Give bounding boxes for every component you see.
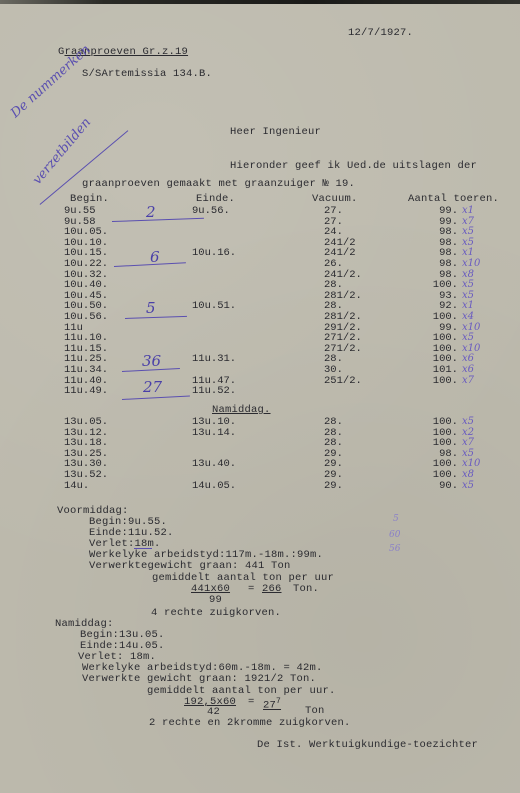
header-vacuum: Vacuum. bbox=[312, 193, 358, 205]
table-row: 14u.14u.05.29.90.x5 bbox=[0, 480, 520, 492]
intro-line-2: graanproeven gemaakt met graanzuiger № 1… bbox=[82, 178, 355, 190]
page-top-edge bbox=[0, 0, 520, 4]
vacuum-value: 29. bbox=[324, 480, 343, 492]
morning-korven: 4 rechte zuigkorven. bbox=[151, 607, 281, 619]
morning-formula-result: 266 bbox=[262, 583, 282, 595]
morning-formula-equals: = bbox=[248, 583, 255, 595]
begin-time: 14u. bbox=[64, 480, 89, 492]
afternoon-formula-equals: = bbox=[248, 696, 255, 708]
afternoon-formula-result-value: 27 bbox=[263, 700, 276, 712]
margin-sum-2: 60 bbox=[389, 530, 400, 540]
afternoon-formula-result-sup: 7 bbox=[276, 697, 281, 706]
handwritten-count: 2 bbox=[146, 203, 156, 221]
header-aantal-toeren: Aantal toeren. bbox=[408, 193, 499, 205]
table-row: 11u.49.11u.52. bbox=[0, 385, 520, 397]
morning-gewicht: Verwerktegewicht graan: 441 Ton bbox=[89, 560, 291, 572]
margin-sum-3: 56 bbox=[389, 544, 400, 554]
salutation: Heer Ingenieur bbox=[230, 126, 321, 138]
afternoon-gemiddelt: gemiddelt aantal ton per uur. bbox=[147, 685, 336, 697]
handwritten-count: 36 bbox=[142, 352, 161, 370]
handwritten-tally: x5 bbox=[462, 480, 474, 492]
morning-formula-denominator: 99 bbox=[209, 594, 222, 606]
document-date: 12/7/1927. bbox=[348, 27, 413, 39]
afternoon-gewicht: Verwerkte gewicht graan: 1921/2 Ton. bbox=[82, 673, 316, 685]
afternoon-formula-unit: Ton bbox=[305, 705, 325, 717]
afternoon-formula-result: 277 bbox=[263, 696, 281, 712]
afternoon-korven: 2 rechte en 2kromme zuigkorven. bbox=[149, 717, 351, 729]
end-time: 14u.05. bbox=[192, 480, 236, 492]
signature: De Ist. Werktuigkundige-toezichter bbox=[257, 739, 478, 751]
rpm-value: 90. bbox=[420, 480, 458, 492]
ship-name: S/SArtemissia 134.B. bbox=[82, 68, 212, 80]
morning-formula-unit: Ton. bbox=[293, 583, 319, 595]
header-einde: Einde. bbox=[196, 193, 235, 205]
begin-time: 11u.49. bbox=[64, 385, 108, 397]
margin-sum-1: 5 bbox=[393, 514, 399, 524]
end-time: 11u.52. bbox=[192, 385, 236, 397]
handwritten-count: 6 bbox=[150, 248, 160, 266]
header-begin: Begin. bbox=[70, 193, 109, 205]
afternoon-label: Namiddag. bbox=[212, 404, 271, 416]
intro-line-1: Hieronder geef ik Ued.de uitslagen der bbox=[230, 160, 477, 172]
handwritten-count: 5 bbox=[146, 299, 156, 317]
handwritten-count: 27 bbox=[143, 378, 162, 396]
